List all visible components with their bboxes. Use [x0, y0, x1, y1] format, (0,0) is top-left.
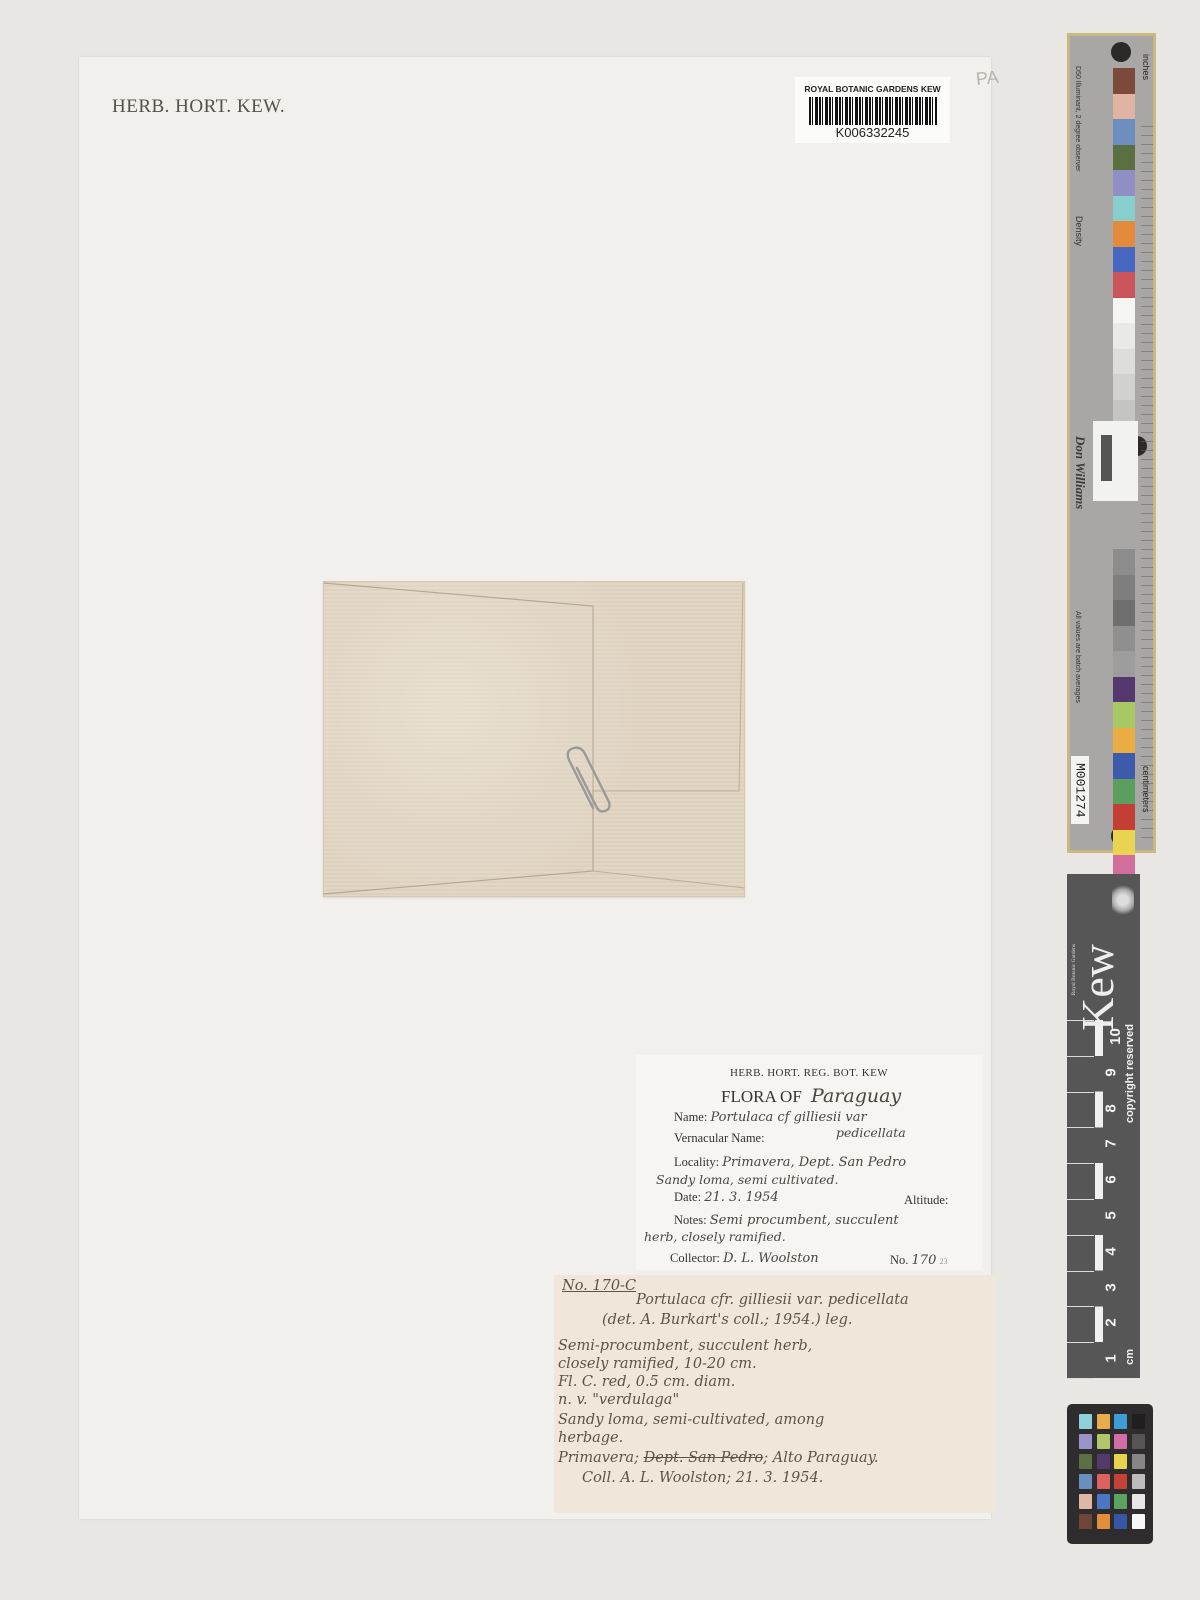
ruler-swatch	[1113, 94, 1135, 120]
color-checker-grid	[1079, 1414, 1145, 1529]
kew-scale-tick	[1067, 1163, 1094, 1164]
ruler-swatch	[1113, 272, 1135, 298]
kew-scale-number: 9	[1103, 1068, 1120, 1076]
hand-line-taxon: Portulaca cfr. gilliesii var. pedicellat…	[636, 1291, 909, 1310]
name-line: Name: Portulaca cf gilliesii var	[674, 1110, 867, 1125]
barcode-bars	[809, 97, 937, 125]
kew-scale-tick	[1067, 1235, 1094, 1236]
hand-line-habitat: Sandy loma, semi-cultivated, among	[558, 1411, 824, 1430]
printed-specimen-label: HERB. HORT. REG. BOT. KEW FLORA OF Parag…	[636, 1055, 982, 1270]
ruler-illuminant-note: D50 Illuminant, 2 degree observer	[1074, 66, 1081, 171]
color-checker-cell	[1079, 1494, 1092, 1509]
kew-scale-number: 3	[1103, 1283, 1120, 1291]
color-checker-cell	[1132, 1474, 1145, 1489]
hand-locality-struck: Dept. San Pedro	[644, 1450, 764, 1466]
ruler-swatch	[1113, 323, 1135, 349]
kew-scale-number: 5	[1103, 1211, 1120, 1219]
color-checker-cell	[1079, 1414, 1092, 1429]
barcode-organization: ROYAL BOTANIC GARDENS KEW	[795, 84, 950, 94]
name-value: Portulaca cf gilliesii var	[710, 1110, 866, 1125]
color-checker-cell	[1097, 1414, 1110, 1429]
locality-line: Locality: Primavera, Dept. San Pedro	[674, 1155, 906, 1170]
color-checker-cell	[1097, 1454, 1110, 1469]
number-label: No.	[890, 1253, 908, 1267]
hand-line-determination: (det. A. Burkart's coll.; 1954.) leg.	[602, 1311, 853, 1330]
color-checker	[1067, 1404, 1153, 1544]
flora-of-value: Paraguay	[811, 1085, 901, 1107]
color-checker-cell	[1114, 1434, 1127, 1449]
ruler-unit-inches: inches	[1141, 54, 1151, 80]
kew-scale-ticks	[1067, 1020, 1094, 1378]
color-checker-cell	[1079, 1474, 1092, 1489]
kew-scale-number: 8	[1103, 1104, 1120, 1112]
ruler-swatch	[1113, 68, 1135, 94]
ruler-swatch	[1113, 374, 1135, 400]
kew-unit: cm	[1124, 1349, 1136, 1365]
color-checker-cell	[1114, 1514, 1127, 1529]
kew-crest-icon	[1112, 882, 1134, 918]
kew-logo: Kew	[1075, 944, 1121, 1031]
kew-scale-tick	[1067, 1306, 1094, 1307]
color-checker-cell	[1114, 1414, 1127, 1429]
collector-label: Collector:	[670, 1251, 720, 1265]
ruler-brand: Don Williams	[1072, 436, 1088, 509]
notes-value-continued: herb, closely ramified.	[644, 1229, 786, 1244]
envelope-folds-icon	[323, 581, 745, 897]
name-label: Name:	[674, 1110, 707, 1124]
ruler-gray-target	[1093, 421, 1138, 501]
barcode-code: K006332245	[795, 125, 950, 140]
flora-of-label: FLORA OF	[721, 1087, 802, 1106]
color-checker-cell	[1097, 1474, 1110, 1489]
kew-scale-tick	[1067, 1127, 1094, 1128]
color-checker-cell	[1132, 1514, 1145, 1529]
ruler-swatch	[1113, 119, 1135, 145]
kew-scale-tick	[1067, 1020, 1094, 1021]
ruler-swatch	[1113, 677, 1135, 703]
color-checker-cell	[1114, 1494, 1127, 1509]
specimen-envelope	[323, 581, 745, 897]
date-value: 21. 3. 1954	[704, 1190, 778, 1205]
barcode-label: ROYAL BOTANIC GARDENS KEW K006332245	[795, 77, 950, 143]
notes-line: Notes: Semi procumbent, succulent	[674, 1213, 899, 1228]
locality-value: Primavera, Dept. San Pedro	[722, 1155, 906, 1170]
color-ruler: inches centimeters D50 Illuminant, 2 deg…	[1067, 33, 1156, 853]
kew-scale-bar: Royal Botanic Gardens Kew 12345678910 co…	[1067, 874, 1140, 1378]
kew-scale-tick	[1067, 1271, 1094, 1272]
color-checker-cell	[1132, 1494, 1145, 1509]
ruler-swatch	[1113, 145, 1135, 171]
collector-value: D. L. Woolston	[723, 1251, 819, 1266]
hand-line-vernacular: n. v. "verdulaga"	[558, 1391, 679, 1410]
color-checker-cell	[1097, 1514, 1110, 1529]
ruler-swatch	[1113, 600, 1135, 626]
ruler-swatch	[1113, 549, 1135, 575]
color-checker-cell	[1097, 1494, 1110, 1509]
ruler-density-label: Density	[1074, 216, 1084, 246]
ruler-swatch	[1113, 626, 1135, 652]
flora-of-line: FLORA OF Paraguay	[721, 1085, 901, 1107]
kew-scale-number: 1	[1103, 1355, 1120, 1363]
hand-locality-region: ; Alto Paraguay.	[763, 1450, 878, 1466]
locality-value-continued: Sandy loma, semi cultivated.	[656, 1172, 839, 1187]
hand-line-flower: Fl. C. red, 0.5 cm. diam.	[558, 1373, 735, 1392]
handwritten-label: No. 170-C Portulaca cfr. gilliesii var. …	[554, 1275, 996, 1513]
date-line: Date: 21. 3. 1954	[674, 1190, 779, 1205]
paper-clip-icon	[563, 746, 623, 816]
sheet-header: HERB. HORT. KEW.	[112, 96, 285, 118]
date-label: Date:	[674, 1190, 701, 1204]
name-value-continued: pedicellata	[836, 1125, 906, 1140]
collector-line: Collector: D. L. Woolston	[670, 1251, 819, 1266]
hand-line-habit: Semi-procumbent, succulent herb,	[558, 1337, 812, 1356]
notes-value: Semi procumbent, succulent	[710, 1213, 899, 1228]
number-line: No. 170 23	[890, 1253, 947, 1268]
number-suffix: 23	[939, 1257, 947, 1266]
ruler-swatch	[1113, 247, 1135, 273]
ruler-swatch	[1113, 702, 1135, 728]
color-checker-cell	[1114, 1474, 1127, 1489]
kew-scale-number: 6	[1103, 1176, 1120, 1184]
kew-scale-number: 7	[1103, 1140, 1120, 1148]
label-header: HERB. HORT. REG. BOT. KEW	[636, 1067, 982, 1079]
color-checker-cell	[1132, 1414, 1145, 1429]
kew-scale-number: 4	[1103, 1247, 1120, 1255]
ruler-swatch	[1113, 779, 1135, 805]
locality-label: Locality:	[674, 1155, 719, 1169]
ruler-batch-note: All values are batch averages	[1074, 611, 1081, 703]
color-checker-cell	[1079, 1434, 1092, 1449]
ruler-swatch	[1113, 728, 1135, 754]
kew-copyright: copyright reserved	[1124, 1024, 1136, 1123]
kew-scale-tick	[1067, 1092, 1094, 1093]
ruler-swatch	[1113, 575, 1135, 601]
kew-scale-tick	[1067, 1342, 1094, 1343]
kew-scale-tick	[1067, 1378, 1094, 1379]
color-checker-cell	[1079, 1454, 1092, 1469]
color-checker-cell	[1079, 1514, 1092, 1529]
ruler-swatch	[1113, 298, 1135, 324]
kew-scale-number: 2	[1103, 1319, 1120, 1327]
vernacular-label: Vernacular Name:	[674, 1131, 765, 1146]
hand-locality-place: Primavera;	[558, 1450, 644, 1466]
ruler-swatch	[1113, 804, 1135, 830]
ruler-swatch	[1113, 221, 1135, 247]
ruler-swatch	[1113, 753, 1135, 779]
number-value: 170	[912, 1253, 937, 1268]
pencil-annotation: PA	[975, 67, 1000, 90]
ruler-swatch	[1113, 349, 1135, 375]
hand-line-locality: Primavera; Dept. San Pedro; Alto Paragua…	[558, 1449, 879, 1468]
color-checker-cell	[1132, 1434, 1145, 1449]
hand-line-number: No. 170-C	[562, 1277, 636, 1296]
color-checker-cell	[1097, 1434, 1110, 1449]
altitude-label: Altitude:	[904, 1193, 948, 1208]
kew-scale-tick	[1067, 1199, 1094, 1200]
notes-label: Notes:	[674, 1213, 707, 1227]
kew-scale-tick	[1067, 1056, 1094, 1057]
ruler-ticks	[1141, 126, 1153, 846]
ruler-swatch	[1113, 196, 1135, 222]
ruler-swatch	[1113, 830, 1135, 856]
hand-line-collector: Coll. A. L. Woolston; 21. 3. 1954.	[582, 1469, 823, 1488]
kew-scale-number: 10	[1107, 1028, 1124, 1045]
color-checker-cell	[1132, 1454, 1145, 1469]
hand-line-habitat-cont: herbage.	[558, 1429, 623, 1448]
ruler-swatch	[1113, 170, 1135, 196]
ruler-code: M001274	[1071, 756, 1089, 824]
hand-line-size: closely ramified, 10-20 cm.	[558, 1355, 757, 1374]
color-checker-cell	[1114, 1454, 1127, 1469]
ruler-swatch	[1113, 651, 1135, 677]
kew-scale-numbers: 12345678910	[1107, 1020, 1121, 1378]
ruler-hole-icon	[1111, 42, 1131, 62]
